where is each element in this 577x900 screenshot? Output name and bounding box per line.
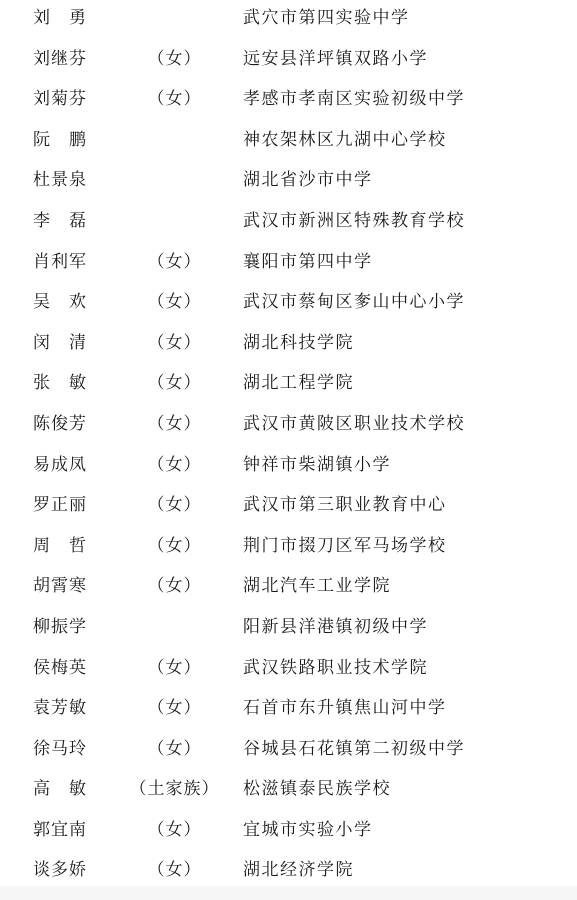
- person-name: 谈多娇: [33, 858, 87, 882]
- person-note: （女）: [112, 87, 237, 111]
- list-item: 刘 勇 武穴市第四实验中学: [0, 0, 577, 41]
- person-note: （土家族）: [112, 777, 237, 801]
- person-name: 吴 欢: [33, 290, 87, 314]
- list-item: 陈俊芳 （女） 武汉市黄陂区职业技术学校: [0, 406, 577, 447]
- school-name: 神农架林区九湖中心学校: [243, 128, 447, 152]
- person-note: （女）: [112, 412, 237, 436]
- school-name: 武汉市黄陂区职业技术学校: [243, 412, 465, 436]
- list-item: 胡霄寒 （女） 湖北汽车工业学院: [0, 568, 577, 609]
- page-bottom-edge: [0, 886, 577, 900]
- school-name: 孝感市孝南区实验初级中学: [243, 87, 465, 111]
- list-item: 吴 欢 （女） 武汉市蔡甸区奓山中心小学: [0, 284, 577, 325]
- person-name: 罗正丽: [33, 493, 87, 517]
- list-item: 肖利军 （女） 襄阳市第四中学: [0, 244, 577, 285]
- person-name: 刘 勇: [33, 6, 87, 30]
- list-item: 侯梅英 （女） 武汉铁路职业技术学院: [0, 650, 577, 691]
- person-note: （女）: [112, 696, 237, 720]
- list-item: 徐马玲 （女） 谷城县石花镇第二初级中学: [0, 731, 577, 772]
- person-note: （女）: [112, 493, 237, 517]
- school-name: 宜城市实验小学: [243, 818, 373, 842]
- list-item: 罗正丽 （女） 武汉市第三职业教育中心: [0, 487, 577, 528]
- person-note: （女）: [112, 250, 237, 274]
- person-note: （女）: [112, 331, 237, 355]
- list-item: 杜景泉 湖北省沙市中学: [0, 162, 577, 203]
- list-item: 阮 鹏 神农架林区九湖中心学校: [0, 122, 577, 163]
- person-name: 袁芳敏: [33, 696, 87, 720]
- person-name: 李 磊: [33, 209, 87, 233]
- list-item: 郭宜南 （女） 宜城市实验小学: [0, 812, 577, 853]
- person-name: 周 哲: [33, 534, 87, 558]
- person-note: （女）: [112, 453, 237, 477]
- person-note: （女）: [112, 574, 237, 598]
- school-name: 湖北省沙市中学: [243, 168, 373, 192]
- list-item: 刘继芬 （女） 远安县洋坪镇双路小学: [0, 41, 577, 82]
- person-note: （女）: [112, 534, 237, 558]
- person-name: 徐马玲: [33, 737, 87, 761]
- person-note: （女）: [112, 858, 237, 882]
- school-name: 谷城县石花镇第二初级中学: [243, 737, 465, 761]
- school-name: 松滋镇泰民族学校: [243, 777, 391, 801]
- school-name: 湖北经济学院: [243, 858, 354, 882]
- school-name: 远安县洋坪镇双路小学: [243, 47, 428, 71]
- person-name: 肖利军: [33, 250, 87, 274]
- school-name: 钟祥市柴湖镇小学: [243, 453, 391, 477]
- person-name: 刘继芬: [33, 47, 87, 71]
- person-note: （女）: [112, 290, 237, 314]
- person-note: （女）: [112, 47, 237, 71]
- school-name: 湖北汽车工业学院: [243, 574, 391, 598]
- school-name: 武汉市蔡甸区奓山中心小学: [243, 290, 465, 314]
- person-name: 闵 清: [33, 331, 87, 355]
- list-item: 张 敏 （女） 湖北工程学院: [0, 365, 577, 406]
- honoree-list: 刘 勇 武穴市第四实验中学 刘继芬 （女） 远安县洋坪镇双路小学 刘菊芬 （女）…: [0, 0, 577, 893]
- school-name: 襄阳市第四中学: [243, 250, 373, 274]
- person-note: （女）: [112, 818, 237, 842]
- school-name: 石首市东升镇焦山河中学: [243, 696, 447, 720]
- person-name: 易成凤: [33, 453, 87, 477]
- list-item: 柳振学 阳新县洋港镇初级中学: [0, 609, 577, 650]
- school-name: 武汉市新洲区特殊教育学校: [243, 209, 465, 233]
- list-item: 周 哲 （女） 荆门市掇刀区军马场学校: [0, 528, 577, 569]
- school-name: 武穴市第四实验中学: [243, 6, 410, 30]
- person-name: 张 敏: [33, 371, 87, 395]
- list-item: 易成凤 （女） 钟祥市柴湖镇小学: [0, 447, 577, 488]
- school-name: 荆门市掇刀区军马场学校: [243, 534, 447, 558]
- list-item: 李 磊 武汉市新洲区特殊教育学校: [0, 203, 577, 244]
- person-name: 阮 鹏: [33, 128, 87, 152]
- list-item: 刘菊芬 （女） 孝感市孝南区实验初级中学: [0, 81, 577, 122]
- person-name: 高 敏: [33, 777, 87, 801]
- person-name: 侯梅英: [33, 656, 87, 680]
- person-name: 郭宜南: [33, 818, 87, 842]
- school-name: 湖北科技学院: [243, 331, 354, 355]
- person-note: （女）: [112, 737, 237, 761]
- person-name: 柳振学: [33, 615, 87, 639]
- person-note: （女）: [112, 656, 237, 680]
- school-name: 武汉市第三职业教育中心: [243, 493, 447, 517]
- school-name: 阳新县洋港镇初级中学: [243, 615, 428, 639]
- person-name: 刘菊芬: [33, 87, 87, 111]
- person-name: 杜景泉: [33, 168, 87, 192]
- list-item: 袁芳敏 （女） 石首市东升镇焦山河中学: [0, 690, 577, 731]
- school-name: 武汉铁路职业技术学院: [243, 656, 428, 680]
- person-name: 胡霄寒: [33, 574, 87, 598]
- list-item: 高 敏 （土家族） 松滋镇泰民族学校: [0, 771, 577, 812]
- person-name: 陈俊芳: [33, 412, 87, 436]
- school-name: 湖北工程学院: [243, 371, 354, 395]
- person-note: （女）: [112, 371, 237, 395]
- list-item: 闵 清 （女） 湖北科技学院: [0, 325, 577, 366]
